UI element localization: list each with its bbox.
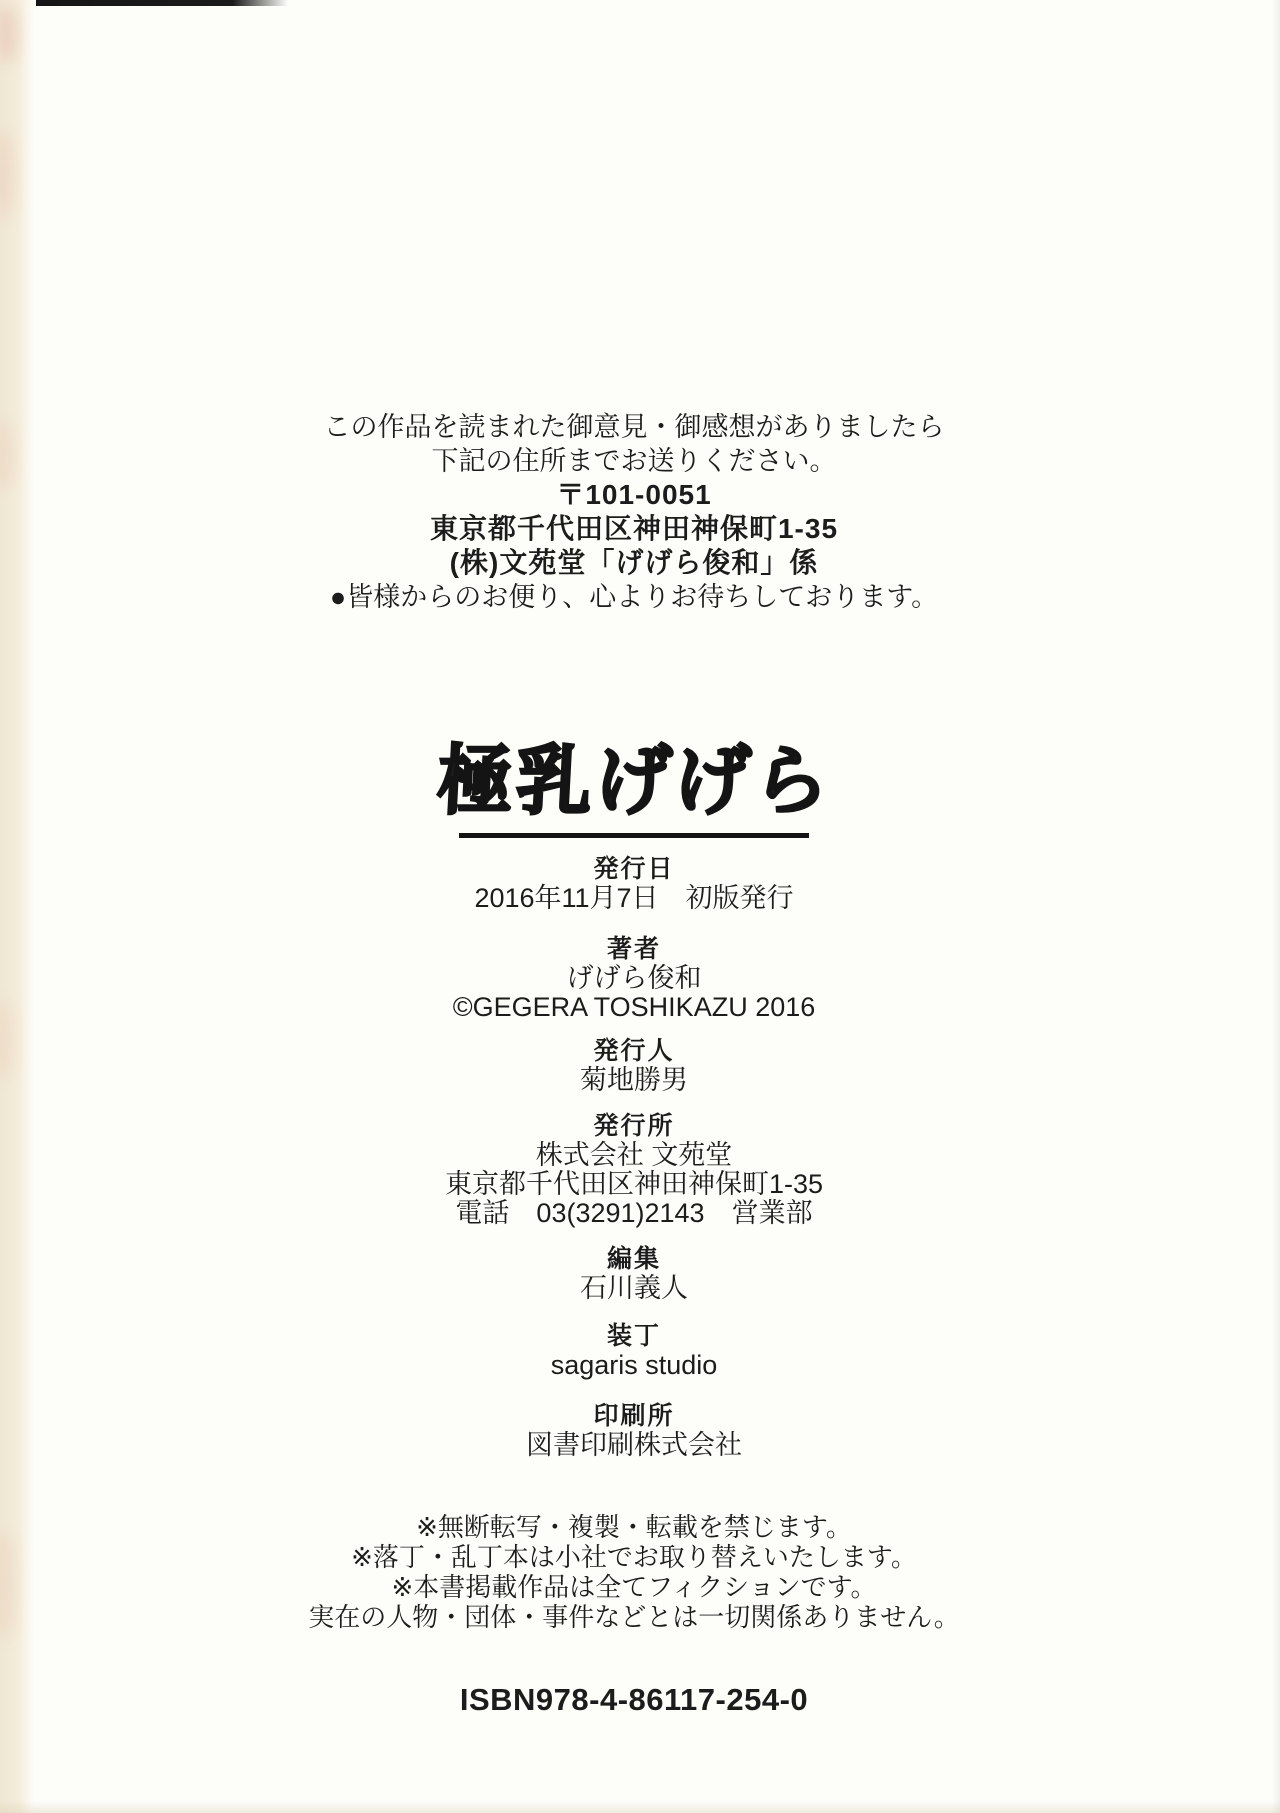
postal-code: 〒101-0051 — [0, 478, 1274, 512]
colophon-label: 装丁 — [0, 1321, 1274, 1351]
colophon-value: 石川義人 — [0, 1274, 1274, 1303]
disclaimer-line: 実在の人物・団体・事件などとは一切関係ありません。 — [0, 1602, 1274, 1632]
colophon-label: 発行所 — [0, 1111, 1274, 1141]
book-title: 極乳げげら — [434, 742, 833, 822]
disclaimer-block: ※無断転写・複製・転載を禁じます。 ※落丁・乱丁本は小社でお取り替えいたします。… — [0, 1512, 1274, 1632]
colophon-section-publisher-office: 発行所株式会社 文苑堂東京都千代田区神田神保町1-35電話 03(3291)21… — [0, 1111, 1274, 1228]
colophon-value: げげら俊和 — [0, 964, 1274, 993]
disclaimer-line: ※落丁・乱丁本は小社でお取り替えいたします。 — [0, 1542, 1274, 1572]
colophon-section-design: 装丁sagaris studio — [0, 1321, 1274, 1380]
publisher-address: 東京都千代田区神田神保町1-35 — [0, 512, 1274, 546]
colophon-label: 編集 — [0, 1244, 1274, 1274]
feedback-note: ●皆様からのお便り、心よりお待ちしております。 — [0, 580, 1274, 614]
title-block: 極乳げげら — [0, 742, 1274, 838]
colophon-value: 2016年11月7日 初版発行 — [0, 884, 1274, 913]
colophon-section-printer: 印刷所図書印刷株式会社 — [0, 1401, 1274, 1460]
colophon-label: 発行人 — [0, 1036, 1274, 1066]
colophon-value: 株式会社 文苑堂 — [0, 1141, 1274, 1170]
disclaimer-line: ※本書掲載作品は全てフィクションです。 — [0, 1572, 1274, 1602]
colophon-label: 著者 — [0, 934, 1274, 964]
mail-recipient: (株)文苑堂「げげら俊和」係 — [0, 546, 1274, 580]
feedback-line-2: 下記の住所までお送りください。 — [0, 444, 1274, 478]
colophon-value: 東京都千代田区神田神保町1-35 — [0, 1170, 1274, 1199]
colophon-section-publisher-person: 発行人菊地勝男 — [0, 1036, 1274, 1095]
colophon-value: ©GEGERA TOSHIKAZU 2016 — [0, 993, 1274, 1022]
scan-edge-top — [36, 0, 288, 6]
colophon-section-author: 著者げげら俊和©GEGERA TOSHIKAZU 2016 — [0, 934, 1274, 1022]
colophon-value: sagaris studio — [0, 1351, 1274, 1380]
colophon-label: 発行日 — [0, 854, 1274, 884]
colophon-page: この作品を読まれた御意見・御感想がありましたら 下記の住所までお送りください。 … — [0, 0, 1280, 1813]
isbn: ISBN978-4-86117-254-0 — [0, 1682, 1274, 1718]
colophon-section-publication-date: 発行日2016年11月7日 初版発行 — [0, 854, 1274, 913]
scan-edge-bottom — [0, 1801, 1280, 1813]
colophon-label: 印刷所 — [0, 1401, 1274, 1431]
colophon-value: 菊地勝男 — [0, 1066, 1274, 1095]
disclaimer-line: ※無断転写・複製・転載を禁じます。 — [0, 1512, 1274, 1542]
feedback-line-1: この作品を読まれた御意見・御感想がありましたら — [0, 410, 1274, 444]
colophon-value: 図書印刷株式会社 — [0, 1431, 1274, 1460]
colophon-value: 電話 03(3291)2143 営業部 — [0, 1199, 1274, 1228]
feedback-block: この作品を読まれた御意見・御感想がありましたら 下記の住所までお送りください。 … — [0, 410, 1274, 614]
title-underline — [459, 833, 809, 838]
colophon-section-editor: 編集石川義人 — [0, 1244, 1274, 1303]
